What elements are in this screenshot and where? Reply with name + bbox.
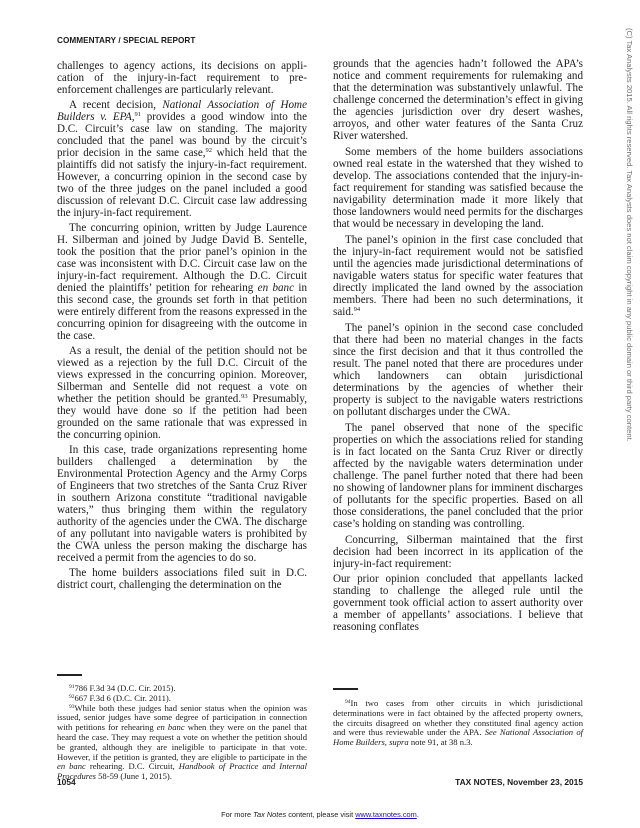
text-run: The panel’s opinion in the first case co… bbox=[333, 234, 583, 318]
paragraph: grounds that the agencies hadn’t followe… bbox=[333, 58, 583, 142]
block-quote: Our prior opinion concluded that appella… bbox=[333, 573, 583, 633]
document-page: COMMENTARY / SPECIAL REPORT challenges t… bbox=[0, 0, 640, 828]
copyright-notice: (C) Tax Analysts 2015. All rights reserv… bbox=[622, 28, 634, 588]
paragraph: challenges to agency actions, its decisi… bbox=[57, 60, 307, 96]
paragraph: Concurring, Silberman maintained that th… bbox=[333, 534, 583, 570]
footnote-94: 94In two cases from other circuits in wh… bbox=[333, 699, 583, 748]
footnote-93: 93While both these judges had senior sta… bbox=[57, 704, 307, 782]
publication-date: TAX NOTES, November 23, 2015 bbox=[455, 777, 583, 787]
footnote-text: 58-59 (June 1, 2015). bbox=[96, 771, 172, 781]
footnotes-right: 94In two cases from other circuits in wh… bbox=[333, 699, 583, 748]
text-run: content, please visit bbox=[286, 810, 355, 819]
paragraph: The panel’s opinion in the second case c… bbox=[333, 322, 583, 418]
left-column: challenges to agency actions, its decisi… bbox=[57, 60, 307, 594]
footnote-rule bbox=[57, 674, 82, 676]
footnote-text: 786 F.3d 34 (D.C. Cir. 2015). bbox=[75, 683, 176, 693]
taxnotes-link[interactable]: www.taxnotes.com bbox=[355, 810, 417, 819]
running-head: COMMENTARY / SPECIAL REPORT bbox=[57, 36, 195, 45]
page-number: 1054 bbox=[57, 777, 76, 787]
italic-term: en banc bbox=[157, 722, 185, 732]
paragraph: A recent decision, National Association … bbox=[57, 99, 307, 219]
paragraph: Some members of the home builders associ… bbox=[333, 146, 583, 230]
right-column: grounds that the agencies hadn’t followe… bbox=[333, 58, 583, 636]
italic-term: en banc bbox=[57, 761, 86, 771]
text-run: A recent decision, bbox=[69, 99, 162, 111]
footnote-ref[interactable]: 94 bbox=[354, 306, 361, 313]
footnote-text: rehearing. D.C. Circuit, bbox=[86, 761, 179, 771]
footnote-text: note 91, at 38 n.3. bbox=[409, 737, 473, 747]
promo-line: For more Tax Notes content, please visit… bbox=[0, 810, 640, 819]
paragraph: The concurring opinion, written by Judge… bbox=[57, 222, 307, 342]
footnote-text: 667 F.3d 6 (D.C. Cir. 2011). bbox=[75, 693, 171, 703]
text-run: For more bbox=[221, 810, 253, 819]
text-run: . bbox=[417, 810, 419, 819]
paragraph: The panel’s opinion in the first case co… bbox=[333, 234, 583, 318]
publication-name: Tax Notes bbox=[253, 810, 286, 819]
paragraph: The panel observed that none of the spec… bbox=[333, 422, 583, 530]
footnotes-left: 91786 F.3d 34 (D.C. Cir. 2015). 92667 F.… bbox=[57, 684, 307, 782]
paragraph: In this case, trade organizations repres… bbox=[57, 444, 307, 564]
footnote-rule bbox=[333, 688, 358, 690]
italic-term: en banc bbox=[258, 282, 294, 294]
paragraph: The home builders associations filed sui… bbox=[57, 567, 307, 591]
paragraph: As a result, the denial of the petition … bbox=[57, 345, 307, 441]
